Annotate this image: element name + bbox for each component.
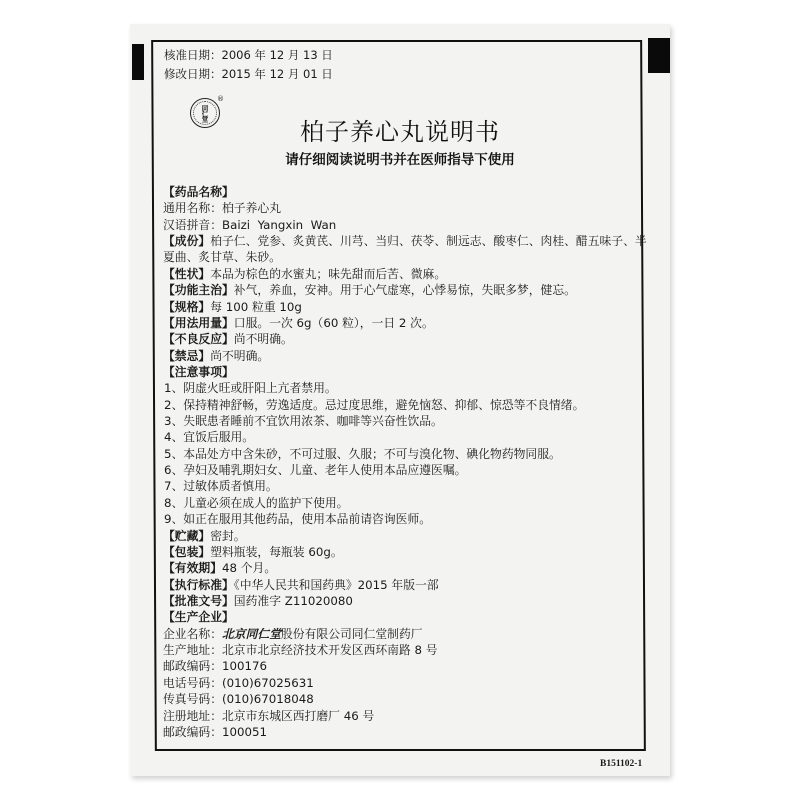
pinyin-label: 汉语拼音： bbox=[163, 218, 222, 232]
dosage-value: 口服。一次 6g（60 粒），一日 2 次。 bbox=[234, 316, 434, 330]
indications-value: 补气，养血，安神。用于心气虚寒，心悸易惊，失眠多梦，健忘。 bbox=[234, 283, 576, 297]
standard-row: 【执行标准】《中华人民共和国药典》2015 年版一部 bbox=[163, 577, 633, 593]
validity-label: 【有效期】 bbox=[163, 561, 222, 575]
properties-row: 【性状】本品为棕色的水蜜丸；味先甜而后苦、微麻。 bbox=[163, 266, 633, 282]
phone-value: (010)67025631 bbox=[222, 676, 314, 690]
storage-label: 【贮藏】 bbox=[163, 529, 210, 543]
postcode-label: 邮政编码： bbox=[163, 659, 222, 673]
specification-value: 每 100 粒重 10g bbox=[210, 300, 302, 314]
contraindications-label: 【禁忌】 bbox=[163, 349, 210, 363]
pinyin-row: 汉语拼音：Baizi Yangxin Wan bbox=[163, 217, 633, 233]
phone-label: 电话号码： bbox=[163, 676, 222, 690]
registered-address-value: 北京市东城区西打磨厂 46 号 bbox=[222, 709, 374, 723]
standard-label: 【执行标准】 bbox=[163, 578, 234, 592]
registered-postcode-row: 邮政编码：100051 bbox=[163, 724, 633, 740]
precaution-item: 5、本品处方中含朱砂，不可过服、久服；不可与溴化物、碘化物药物同服。 bbox=[163, 446, 633, 462]
ingredients-label: 【成份】 bbox=[163, 234, 210, 248]
approval-date-value: 2006 年 12 月 13 日 bbox=[222, 48, 333, 62]
company-name-value: 股份有限公司同仁堂制药厂 bbox=[281, 627, 423, 641]
precautions-header: 【注意事项】 bbox=[163, 364, 633, 380]
package-insert-sheet: 核准日期：2006 年 12 月 13 日 修改日期：2015 年 12 月 0… bbox=[130, 24, 670, 776]
approval-number-row: 【批准文号】国药准字 Z11020080 bbox=[163, 593, 633, 609]
approval-date-label: 核准日期： bbox=[164, 48, 222, 62]
fax-value: (010)67018048 bbox=[222, 692, 314, 706]
packaging-value: 塑料瓶装，每瓶装 60g。 bbox=[210, 545, 342, 559]
production-address-label: 生产地址： bbox=[163, 643, 222, 657]
contraindications-row: 【禁忌】尚不明确。 bbox=[163, 348, 633, 364]
document-subtitle: 请仔细阅读说明书并在医师指导下使用 bbox=[130, 148, 670, 168]
packaging-row: 【包装】塑料瓶装，每瓶装 60g。 bbox=[163, 544, 633, 560]
fax-label: 传真号码： bbox=[163, 692, 222, 706]
precaution-item: 3、失眠患者睡前不宜饮用浓茶、咖啡等兴奋性饮品。 bbox=[163, 413, 633, 429]
pinyin-value: Baizi Yangxin Wan bbox=[222, 218, 336, 232]
postcode-value: 100176 bbox=[222, 659, 267, 673]
properties-label: 【性状】 bbox=[163, 267, 210, 281]
company-brand-script: 北京同仁堂 bbox=[222, 627, 281, 641]
registered-address-row: 注册地址：北京市东城区西打磨厂 46 号 bbox=[163, 708, 633, 724]
packaging-label: 【包装】 bbox=[163, 545, 210, 559]
phone-row: 电话号码：(010)67025631 bbox=[163, 675, 633, 691]
precaution-item: 2、保持精神舒畅，劳逸适度。忌过度思维，避免恼怒、抑郁、惊恐等不良情绪。 bbox=[163, 397, 633, 413]
registered-postcode-label: 邮政编码： bbox=[163, 725, 222, 739]
company-name-row: 企业名称：北京同仁堂股份有限公司同仁堂制药厂 bbox=[163, 626, 633, 642]
production-address-value: 北京市北京经济技术开发区西环南路 8 号 bbox=[222, 643, 438, 657]
date-block: 核准日期：2006 年 12 月 13 日 修改日期：2015 年 12 月 0… bbox=[164, 46, 333, 84]
production-address-row: 生产地址：北京市北京经济技术开发区西环南路 8 号 bbox=[163, 642, 633, 658]
precaution-item: 4、宜饭后服用。 bbox=[163, 429, 633, 445]
precaution-item: 9、如正在服用其他药品，使用本品前请咨询医师。 bbox=[163, 511, 633, 527]
registered-trademark-icon: ® bbox=[217, 95, 224, 103]
document-title: 柏子养心丸说明书 bbox=[130, 112, 670, 147]
revision-date: 修改日期：2015 年 12 月 01 日 bbox=[164, 65, 333, 84]
revision-date-value: 2015 年 12 月 01 日 bbox=[222, 67, 333, 81]
generic-name-row: 通用名称：柏子养心丸 bbox=[163, 200, 633, 216]
precaution-item: 8、儿童必须在成人的监护下使用。 bbox=[163, 495, 633, 511]
indications-row: 【功能主治】补气，养血，安神。用于心气虚寒，心悸易惊，失眠多梦，健忘。 bbox=[163, 282, 633, 298]
manufacturer-header: 【生产企业】 bbox=[163, 609, 633, 625]
contraindications-value: 尚不明确。 bbox=[210, 349, 269, 363]
precaution-item: 6、孕妇及哺乳期妇女、儿童、老年人使用本品应遵医嘱。 bbox=[163, 462, 633, 478]
properties-value: 本品为棕色的水蜜丸；味先甜而后苦、微麻。 bbox=[210, 267, 446, 281]
adverse-reactions-row: 【不良反应】尚不明确。 bbox=[163, 331, 633, 347]
registration-mark-left bbox=[132, 44, 144, 80]
print-code: B151102-1 bbox=[600, 759, 642, 769]
document-body: 【药品名称】 通用名称：柏子养心丸 汉语拼音：Baizi Yangxin Wan… bbox=[163, 184, 633, 740]
section-drug-name-header: 【药品名称】 bbox=[163, 184, 633, 200]
approval-number-value: 国药准字 Z11020080 bbox=[234, 594, 353, 608]
adverse-reactions-value: 尚不明确。 bbox=[234, 332, 293, 346]
company-name-label: 企业名称： bbox=[163, 627, 222, 641]
registered-address-label: 注册地址： bbox=[163, 709, 222, 723]
approval-date: 核准日期：2006 年 12 月 13 日 bbox=[164, 46, 333, 65]
ingredients-row-continued: 夏曲、炙甘草、朱砂。 bbox=[163, 249, 633, 265]
dosage-label: 【用法用量】 bbox=[163, 316, 234, 330]
ingredients-row: 【成份】柏子仁、党参、炙黄芪、川芎、当归、茯苓、制远志、酸枣仁、肉桂、醋五味子、… bbox=[163, 233, 633, 249]
generic-name-value: 柏子养心丸 bbox=[222, 201, 281, 215]
revision-date-label: 修改日期： bbox=[164, 67, 222, 81]
specification-row: 【规格】每 100 粒重 10g bbox=[163, 299, 633, 315]
adverse-reactions-label: 【不良反应】 bbox=[163, 332, 234, 346]
generic-name-label: 通用名称： bbox=[163, 201, 222, 215]
precaution-item: 7、过敏体质者慎用。 bbox=[163, 478, 633, 494]
registration-mark-right bbox=[648, 38, 670, 73]
dosage-row: 【用法用量】口服。一次 6g（60 粒），一日 2 次。 bbox=[163, 315, 633, 331]
ingredients-value-line1: 柏子仁、党参、炙黄芪、川芎、当归、茯苓、制远志、酸枣仁、肉桂、醋五味子、半 bbox=[210, 234, 647, 248]
precaution-item: 1、阴虚火旺或肝阳上亢者禁用。 bbox=[163, 380, 633, 396]
postcode-row: 邮政编码：100176 bbox=[163, 658, 633, 674]
storage-row: 【贮藏】密封。 bbox=[163, 528, 633, 544]
validity-row: 【有效期】48 个月。 bbox=[163, 560, 633, 576]
fax-row: 传真号码：(010)67018048 bbox=[163, 691, 633, 707]
approval-number-label: 【批准文号】 bbox=[163, 594, 234, 608]
standard-value: 《中华人民共和国药典》2015 年版一部 bbox=[234, 578, 439, 592]
registered-postcode-value: 100051 bbox=[222, 725, 267, 739]
specification-label: 【规格】 bbox=[163, 300, 210, 314]
storage-value: 密封。 bbox=[210, 529, 245, 543]
validity-value: 48 个月。 bbox=[222, 561, 276, 575]
indications-label: 【功能主治】 bbox=[163, 283, 234, 297]
